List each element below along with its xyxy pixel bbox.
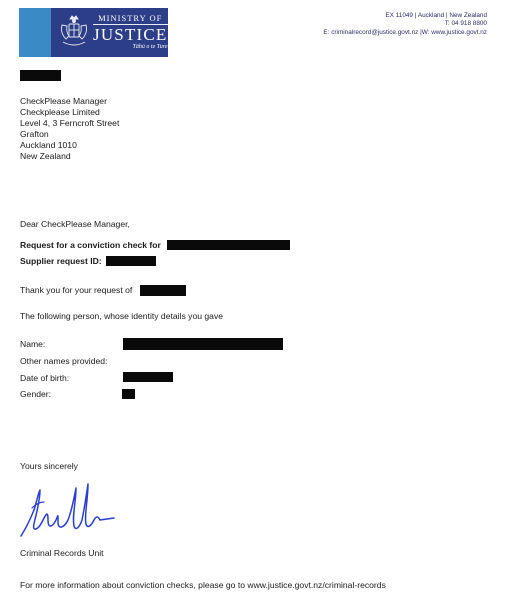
- ministry-of-justice-logo: MINISTRY OF JUSTICE Tāhū o te Ture: [19, 8, 168, 57]
- address-line: Auckland 1010: [20, 140, 119, 151]
- address-line: Checkplease Limited: [20, 107, 119, 118]
- logo-wordmark: MINISTRY OF JUSTICE Tāhū o te Ture: [93, 13, 168, 51]
- field-label-name: Name:: [20, 339, 45, 350]
- logo-ministry-text: MINISTRY OF: [93, 13, 168, 23]
- contact-email-web: E: criminalrecord@justice.govt.nz |W: ww…: [323, 29, 487, 37]
- logo-accent-strip: [19, 8, 51, 57]
- footer-info: For more information about conviction ch…: [20, 580, 386, 591]
- address-line: Level 4, 3 Ferncroft Street: [20, 118, 119, 129]
- field-label-gender: Gender:: [20, 389, 51, 400]
- contact-phone: T: 04 918 8800: [323, 20, 487, 28]
- field-label-dob: Date of birth:: [20, 373, 69, 384]
- handwritten-signature-icon: [18, 480, 118, 540]
- redacted-gender: [122, 389, 135, 399]
- redacted-reference: [20, 70, 61, 81]
- address-line: New Zealand: [20, 151, 119, 162]
- address-line: Grafton: [20, 129, 119, 140]
- redacted-request-date: [140, 285, 186, 296]
- address-line: CheckPlease Manager: [20, 96, 119, 107]
- signatory: Criminal Records Unit: [20, 548, 104, 559]
- recipient-address: CheckPlease Manager Checkplease Limited …: [20, 96, 119, 162]
- contact-address: EX 11049 | Auckland | New Zealand: [323, 12, 487, 20]
- subject-label: Request for a conviction check for: [20, 240, 161, 251]
- contact-block: EX 11049 | Auckland | New Zealand T: 04 …: [323, 12, 487, 37]
- logo-motto: Tāhū o te Ture: [93, 43, 168, 51]
- redacted-supplier-id: [106, 256, 156, 266]
- logo-justice-text: JUSTICE: [93, 26, 168, 43]
- redacted-dob: [123, 372, 173, 382]
- field-label-other-names: Other names provided:: [20, 356, 107, 367]
- logo-rule: [93, 24, 168, 25]
- redacted-subject-name: [167, 240, 290, 250]
- closing: Yours sincerely: [20, 461, 78, 472]
- supplier-id-label: Supplier request ID:: [20, 256, 102, 267]
- salutation: Dear CheckPlease Manager,: [20, 219, 130, 230]
- redacted-name: [123, 338, 283, 350]
- intro-text: The following person, whose identity det…: [20, 311, 223, 322]
- thanks-text: Thank you for your request of: [20, 285, 132, 296]
- coat-of-arms-icon: [59, 15, 89, 51]
